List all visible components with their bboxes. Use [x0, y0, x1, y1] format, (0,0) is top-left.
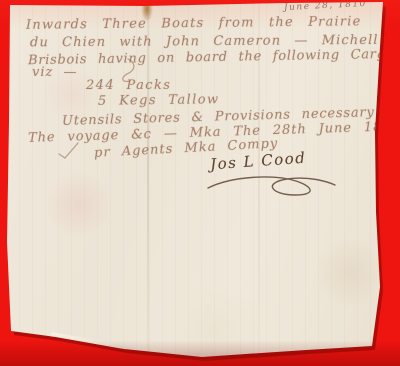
handwriting-line: viz — [32, 65, 77, 80]
signature-flourish [202, 172, 342, 200]
manuscript-paper: June 28, 1810 Inwards Three Boats from t… [6, 2, 388, 358]
handwriting-layer: June 28, 1810 Inwards Three Boats from t… [6, 2, 388, 358]
handwriting-line: Brisbois having on board the following C… [28, 47, 394, 68]
cargo-line: 5 Kegs Tallow [98, 92, 220, 109]
document-photo: June 28, 1810 Inwards Three Boats from t… [0, 0, 400, 366]
handwriting-line: Inwards Three Boats from the Prairie [26, 14, 362, 33]
pen-check-mark [56, 140, 82, 162]
pencil-date: June 28, 1810 [284, 0, 367, 13]
cargo-line: 244 Packs [86, 78, 171, 93]
